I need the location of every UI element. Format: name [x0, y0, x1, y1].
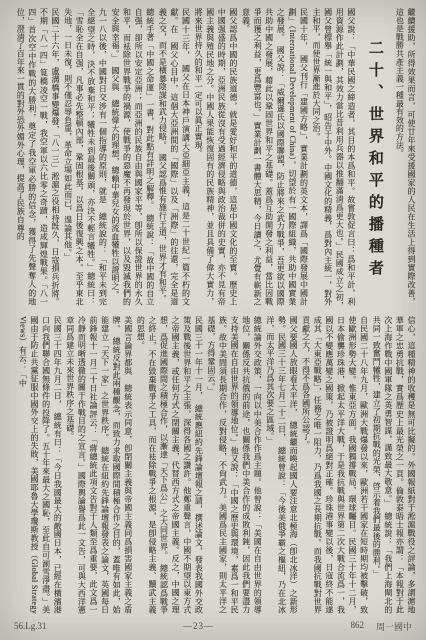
scanned-magazine-page: 繼續援助，所得效果而言，可使廿年來受援國家的人民在生活上得到實際改善，這也是戰勝…	[0, 0, 426, 640]
paragraph: 國父說：「中華民國之締造者，其目的本爲和平。故嘗敦促言曰：爲和平計，利用資源作此…	[310, 8, 356, 306]
text-register-top: 繼續援助，所得效果而言，可使廿年來受援國家的人民在生活上得到實際改善，這也是戰勝…	[7, 8, 417, 306]
section-body-bottom: 信心，這種精神的收穫是無可比擬的。外國報紙對于淞滬戰役之評論，多謂滬地華軍之忠勇…	[17, 316, 417, 614]
paragraph: 國父認爲中國的民族道德，就是愛好和平的道德，這是中國文化的至寶。歷史上中國强盛的…	[193, 8, 239, 306]
paragraph: 民國十三年， 國父在日本神戶演講大亞細亞主義，這是二十世紀一篇不朽的文獻。在 國…	[157, 8, 192, 306]
paragraph: 民國二十六年，盧溝橋事變爆發，「八一三」淞滬之役相持旣久，日寇損兵折將。不期「八…	[15, 8, 61, 306]
publication-name: 周一國中	[376, 620, 412, 633]
previous-section-ending: 繼續援助，所得效果而言，可使廿年來受援國家的人民在生活上得到實際改善，這也是戰勝…	[394, 8, 417, 306]
issue-number: 862	[350, 620, 364, 633]
page-footer: 56.Lg.31 —23— 862 周一國中	[0, 618, 426, 634]
footer-code: 56.Lg.31	[14, 621, 47, 631]
footer-publication: 862 周一國中	[350, 620, 412, 633]
paragraph: 國父要國人放眼看太平洋， 總統繼而喚起國人要注意北極海（卽北冰洋）之新形勢。民國…	[264, 316, 299, 614]
paragraph: 總統論外交政策，一向以中美合作作爲主題。他曾說：「美國在自由世界的領導地位，關係…	[205, 316, 263, 614]
section-title: 二十、世界和平的播種者	[365, 8, 385, 306]
paragraph: 信心，這種精神的收穫是無可比擬的。外國報紙對于淞滬戰役之評論，多謂滬地華軍之忠勇…	[371, 316, 417, 614]
paragraph: 總統手著「中國之命運」一書，對此點有詳明之解釋。 總統說：「故中國的自立自强，卻…	[109, 8, 155, 306]
paragraph: 自民國二十八年九月，歐洲大戰爆發以來，歐洲若干國家在短時期均被擊破，致使歐洲形勢…	[300, 316, 370, 614]
text-register-bottom: 信心，這種精神的收穫是無可比擬的。外國報紙對于淞滬戰役之評論，多謂滬地華軍之忠勇…	[7, 316, 417, 614]
paragraph: 民國三十一年十一月， 總統應紐約先鋒論壇報之請，撰述論文，發表我國外交政策及戰後…	[135, 316, 205, 614]
paragraph: 美國言論界都與 總統表示同意，卽閉關主義與帝國主義同爲損害國家主義之盾牌。 總統…	[64, 316, 134, 614]
paragraph: 民國三十四年九月二日， 總統有曰：「今日我國最大的敵國日本，已經在橫濱港口向我們…	[17, 316, 63, 614]
paragraph: 繼續援助，所得效果而言，可使廿年來受援國家的人民在生活上得到實際改善，這也是戰勝…	[394, 8, 417, 306]
paragraph: 民國十年， 國父刊行「建國方略」，實業計劃的英文本，譯爲「國際發展中國計劃」（I…	[240, 8, 310, 306]
page-number: —23—	[183, 621, 214, 631]
section-body-top: 國父說：「中華民國之締造者，其目的本爲和平。故嘗敦促言曰：爲和平計，利用資源作此…	[15, 8, 357, 306]
paragraph: 九一八以後，中國對日交涉有一個指導的原則，就是 總統說的：「和平未到完全絕望之時…	[62, 8, 108, 306]
